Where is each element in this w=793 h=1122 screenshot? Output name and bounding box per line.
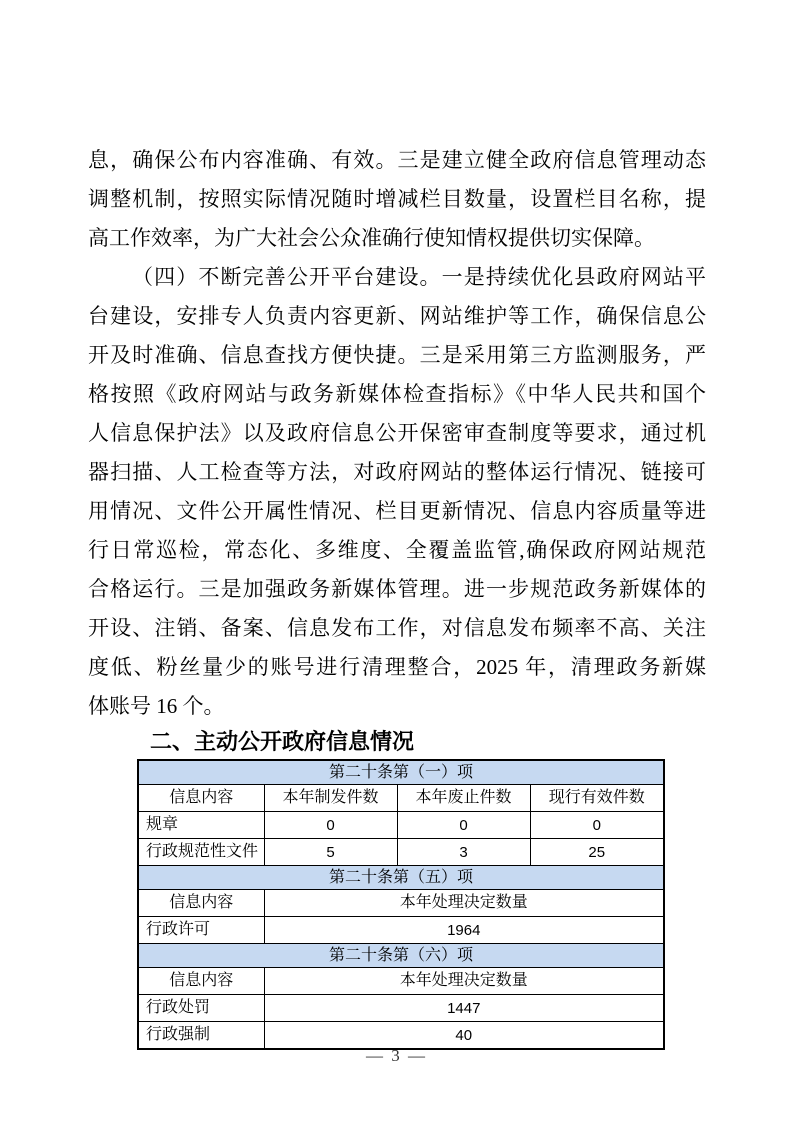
cell-value: 25: [530, 839, 664, 866]
table-section3-title-row: 第二十条第（六）项: [138, 944, 664, 968]
cell-value: 0: [530, 812, 664, 839]
page-number: — 3 —: [0, 1046, 793, 1066]
text-line: 开设、注销、备案、信息发布工作，对信息发布频率不高、关注: [88, 609, 706, 648]
text-line: 用情况、文件公开属性情况、栏目更新情况、信息内容质量等进: [88, 492, 706, 531]
table-row: 规章 0 0 0: [138, 812, 664, 839]
text-line: 度低、粉丝量少的账号进行清理整合，2025 年，清理政务新媒: [88, 648, 706, 687]
paragraph-1: 息，确保公布内容准确、有效。三是建立健全政府信息管理动态 调整机制，按照实际情况…: [88, 141, 706, 258]
column-header: 现行有效件数: [530, 785, 664, 812]
table-section2-header-row: 信息内容 本年处理决定数量: [138, 890, 664, 917]
column-header: 信息内容: [138, 968, 264, 995]
cell-value: 0: [264, 812, 397, 839]
text-line: 开及时准确、信息查找方便快捷。三是采用第三方监测服务，严: [88, 336, 706, 375]
cell-value: 1964: [264, 917, 664, 944]
table-row: 行政许可 1964: [138, 917, 664, 944]
row-label: 规章: [138, 812, 264, 839]
document-page: 息，确保公布内容准确、有效。三是建立健全政府信息管理动态 调整机制，按照实际情况…: [0, 0, 793, 1122]
table-section3-header-row: 信息内容 本年处理决定数量: [138, 968, 664, 995]
column-header: 本年废止件数: [397, 785, 530, 812]
cell-value: 40: [264, 1022, 664, 1050]
text-line: 体账号 16 个。: [88, 687, 706, 726]
row-label: 行政处罚: [138, 995, 264, 1022]
cell-value: 0: [397, 812, 530, 839]
text-line: 高工作效率，为广大社会公众准确行使知情权提供切实保障。: [88, 219, 706, 258]
table-section-title: 第二十条第（一）项: [138, 760, 664, 785]
table-section-title: 第二十条第（五）项: [138, 866, 664, 890]
cell-value: 1447: [264, 995, 664, 1022]
table-section-title: 第二十条第（六）项: [138, 944, 664, 968]
table-section1-title-row: 第二十条第（一）项: [138, 760, 664, 785]
table-row: 行政处罚 1447: [138, 995, 664, 1022]
text-line: 台建设，安排专人负责内容更新、网站维护等工作，确保信息公: [88, 297, 706, 336]
text-line: 格按照《政府网站与政务新媒体检查指标》《中华人民共和国个: [88, 375, 706, 414]
text-line: 人信息保护法》以及政府信息公开保密审查制度等要求，通过机: [88, 414, 706, 453]
table-row: 行政强制 40: [138, 1022, 664, 1050]
cell-value: 5: [264, 839, 397, 866]
text-line: 器扫描、人工检查等方法，对政府网站的整体运行情况、链接可: [88, 453, 706, 492]
text-line: 息，确保公布内容准确、有效。三是建立健全政府信息管理动态: [88, 141, 706, 180]
table-section2-title-row: 第二十条第（五）项: [138, 866, 664, 890]
document-content: 息，确保公布内容准确、有效。三是建立健全政府信息管理动态 调整机制，按照实际情况…: [88, 141, 706, 1050]
column-header: 本年处理决定数量: [264, 890, 664, 917]
column-header: 本年制发件数: [264, 785, 397, 812]
table-section1-header-row: 信息内容 本年制发件数 本年废止件数 现行有效件数: [138, 785, 664, 812]
text-line: 调整机制，按照实际情况随时增减栏目数量，设置栏目名称，提: [88, 180, 706, 219]
text-line: 行日常巡检，常态化、多维度、全覆盖监管,确保政府网站规范: [88, 531, 706, 570]
row-label: 行政强制: [138, 1022, 264, 1050]
table-row: 行政规范性文件 5 3 25: [138, 839, 664, 866]
column-header: 信息内容: [138, 890, 264, 917]
row-label: 行政规范性文件: [138, 839, 264, 866]
disclosure-table: 第二十条第（一）项 信息内容 本年制发件数 本年废止件数 现行有效件数 规章 0…: [137, 759, 665, 1050]
section-heading: 二、主动公开政府信息情况: [88, 726, 706, 759]
text-line: 合格运行。三是加强政务新媒体管理。进一步规范政务新媒体的: [88, 570, 706, 609]
cell-value: 3: [397, 839, 530, 866]
column-header: 本年处理决定数量: [264, 968, 664, 995]
column-header: 信息内容: [138, 785, 264, 812]
text-line: （四）不断完善公开平台建设。一是持续优化县政府网站平: [88, 258, 706, 297]
paragraph-2: （四）不断完善公开平台建设。一是持续优化县政府网站平 台建设，安排专人负责内容更…: [88, 258, 706, 726]
row-label: 行政许可: [138, 917, 264, 944]
